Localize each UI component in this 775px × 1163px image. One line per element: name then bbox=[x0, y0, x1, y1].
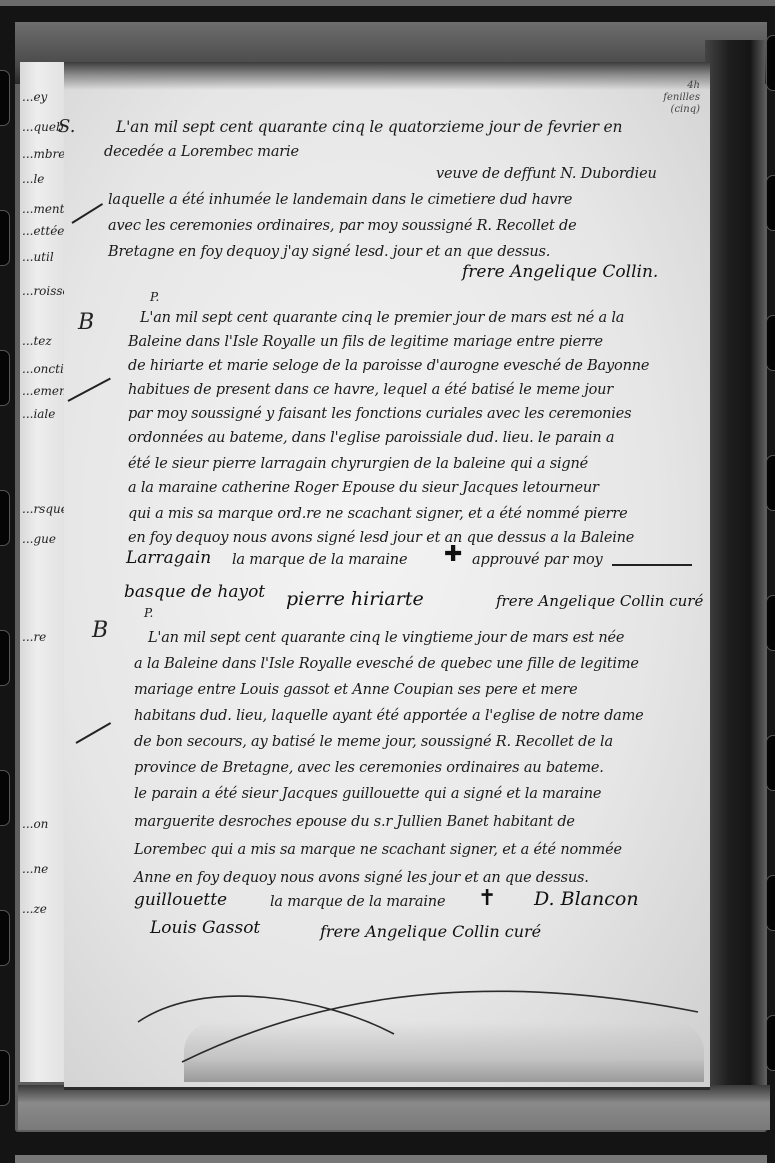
sprocket-hole bbox=[766, 735, 775, 791]
sprocket-hole bbox=[0, 770, 10, 826]
left-page-fragment: ...re bbox=[22, 630, 64, 644]
left-page-fragment: ...ey bbox=[22, 90, 64, 104]
left-page-fragment: ...util bbox=[22, 250, 64, 264]
sprocket-hole bbox=[0, 910, 10, 966]
sprocket-hole bbox=[0, 1050, 10, 1106]
left-page-fragment: ...ettée bbox=[22, 224, 64, 238]
left-page-fragment: ...ze bbox=[22, 902, 64, 916]
left-page-fragment: ...rsque bbox=[22, 502, 64, 516]
sprocket-hole bbox=[766, 455, 775, 511]
sprocket-hole bbox=[0, 210, 10, 266]
sprocket-hole bbox=[0, 70, 10, 126]
film-strip-top bbox=[0, 0, 775, 6]
sprocket-hole bbox=[766, 875, 775, 931]
left-page-fragment: ...ment bbox=[22, 202, 64, 216]
sprocket-hole bbox=[766, 595, 775, 651]
register-page: 4h fenilles (cinq) S. L'an mil sept cent… bbox=[64, 62, 710, 1090]
sprocket-hole bbox=[0, 630, 10, 686]
sprocket-hole bbox=[766, 315, 775, 371]
left-page-fragment: ...le bbox=[22, 172, 64, 186]
left-page-fragment: ...on bbox=[22, 817, 64, 831]
sprocket-hole bbox=[0, 350, 10, 406]
left-page-fragment: ...roisse bbox=[22, 284, 64, 298]
left-page-fragment: ...iale bbox=[22, 407, 64, 421]
sprocket-hole bbox=[766, 175, 775, 231]
left-page-fragment: ...emens bbox=[22, 384, 64, 398]
frame-bottom-band bbox=[18, 1085, 770, 1130]
left-page-fragment: ...onction bbox=[22, 362, 64, 376]
left-page-edge: ...ey ...quebec ...mbre ...le ...ment ..… bbox=[20, 62, 66, 1082]
left-page-fragment: ...gue bbox=[22, 532, 64, 546]
film-bottom-strip bbox=[15, 1155, 767, 1163]
left-page-fragment: ...tez bbox=[22, 334, 64, 348]
sprocket-hole bbox=[766, 35, 775, 91]
sprocket-hole bbox=[0, 490, 10, 546]
closing-flourish bbox=[64, 62, 710, 1087]
frame-right-band bbox=[705, 40, 765, 1090]
left-page-fragment: ...mbre bbox=[22, 147, 64, 161]
sprocket-hole bbox=[766, 1015, 775, 1071]
left-page-fragment: ...ne bbox=[22, 862, 64, 876]
